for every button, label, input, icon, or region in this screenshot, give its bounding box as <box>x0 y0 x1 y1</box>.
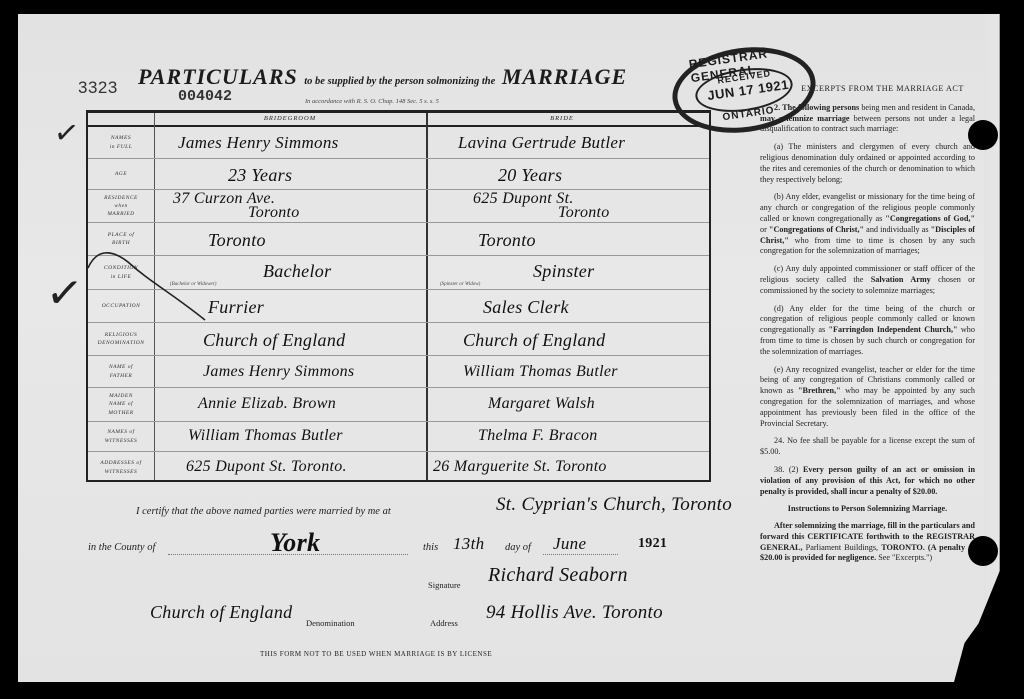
excerpt-text: and individually as <box>864 225 931 234</box>
day-value: 13th <box>453 534 484 554</box>
torn-corner <box>940 552 1010 682</box>
excerpt-bold: "Congregations of God," <box>885 214 975 223</box>
marriage-registration-form: 3323 PARTICULARS to be supplied by the p… <box>18 14 1010 682</box>
day-of-label: day of <box>505 542 531 553</box>
form-number: 004042 <box>178 88 232 105</box>
witness-1-address: 625 Dupont St. Toronto. <box>186 458 347 476</box>
title-marriage: MARRIAGE <box>502 64 627 89</box>
bride-father: William Thomas Butler <box>463 363 618 381</box>
form-title: PARTICULARS to be supplied by the person… <box>138 64 627 90</box>
excerpt-text: being men and resident in Canada, <box>859 103 975 112</box>
excerpt-text: who from time to time is chosen by any s… <box>760 236 975 256</box>
groom-condition-hint: (Bachelor or Widower) <box>170 282 216 287</box>
groom-denomination: Church of England <box>203 330 345 351</box>
signature-label: Signature <box>428 580 461 590</box>
excerpt-bold: "Congregations of Christ," <box>769 225 864 234</box>
this-label: this <box>423 542 438 553</box>
table-row-birthplace: PLACE of BIRTH Toronto Toronto <box>88 223 709 256</box>
excerpt-text: 38. (2) <box>774 465 803 474</box>
title-particulars: PARTICULARS <box>138 64 298 89</box>
row-label: CONDITION in LIFE <box>88 256 154 289</box>
table-row-residence: RESIDENCE when MARRIED 37 Curzon Ave. To… <box>88 190 709 223</box>
excerpt-bold: Salvation Army <box>871 275 931 284</box>
groom-residence-city: Toronto <box>248 204 300 222</box>
excerpt-section-38: 38. (2) Every person guilty of an act or… <box>760 465 975 497</box>
excerpt-c: (c) Any duly appointed commissioner or s… <box>760 264 975 296</box>
row-label: MAIDEN NAME of MOTHER <box>88 388 154 421</box>
particulars-table: BRIDEGROOM BRIDE NAMES in FULL James Hen… <box>86 110 711 482</box>
bride-birthplace: Toronto <box>478 230 536 251</box>
excerpt-text: See "Excerpts.") <box>876 553 932 562</box>
excerpt-b: (b) Any elder, evangelist or missionary … <box>760 192 975 257</box>
table-row-age: AGE 23 Years 20 Years <box>88 159 709 190</box>
row-label: ADDRESSES of WITNESSES <box>88 452 154 483</box>
officiant-address: 94 Hollis Ave. Toronto <box>486 602 663 624</box>
month-value: June <box>553 534 586 554</box>
officiant-denomination: Church of England <box>150 602 292 623</box>
serial-number: 3323 <box>78 78 118 98</box>
county-label: in the County of <box>88 542 155 553</box>
marriage-place: St. Cyprian's Church, Toronto <box>496 494 732 516</box>
excerpt-section-24: 24. No fee shall be payable for a licens… <box>760 436 975 458</box>
table-row-condition: CONDITION in LIFE Bachelor Spinster (Bac… <box>88 256 709 290</box>
table-row-denomination: RELIGIOUS DENOMINATION Church of England… <box>88 323 709 356</box>
title-middle: to be supplied by the person solmonizing… <box>304 76 495 87</box>
excerpt-section-2: 2. The following persons being men and r… <box>760 103 975 135</box>
groom-mother-maiden-name: Annie Elizab. Brown <box>198 395 336 413</box>
signature-value: Richard Seaborn <box>488 564 628 587</box>
license-notice: THIS FORM NOT TO BE USED WHEN MARRIAGE I… <box>260 650 492 658</box>
month-line <box>543 554 618 555</box>
witness-1-name: William Thomas Butler <box>188 427 343 445</box>
bride-condition-hint: (Spinster or Widow) <box>440 282 480 287</box>
groom-condition: Bachelor <box>263 261 331 282</box>
column-header-bridegroom: BRIDEGROOM <box>154 115 426 122</box>
punch-hole-top <box>968 120 998 150</box>
table-row-witnesses: NAMES of WITNESSES William Thomas Butler… <box>88 422 709 452</box>
witness-2-name: Thelma F. Bracon <box>478 427 598 445</box>
groom-father: James Henry Simmons <box>203 363 354 381</box>
statute-reference: In accordance with R. S. O. Chap. 148 Se… <box>305 98 439 105</box>
excerpt-bold: 2. The following persons <box>774 103 859 112</box>
year-value: 1921 <box>638 536 667 552</box>
groom-age: 23 Years <box>228 165 292 186</box>
excerpt-e: (e) Any recognized evangelist, teacher o… <box>760 365 975 430</box>
groom-occupation: Furrier <box>208 297 264 318</box>
bride-residence-city: Toronto <box>558 204 610 222</box>
excerpts-title: EXCERPTS FROM THE MARRIAGE ACT <box>790 84 975 95</box>
marriage-act-excerpts: EXCERPTS FROM THE MARRIAGE ACT 2. The fo… <box>760 84 975 571</box>
denomination-label: Denomination <box>306 618 355 628</box>
table-row-witness-addresses: ADDRESSES of WITNESSES 625 Dupont St. To… <box>88 452 709 483</box>
witness-2-address: 26 Marguerite St. Toronto <box>433 458 607 476</box>
row-label: OCCUPATION <box>88 290 154 322</box>
row-label: NAMES of WITNESSES <box>88 422 154 451</box>
instructions-text: After solemnizing the marriage, fill in … <box>760 521 975 564</box>
row-label: NAME of FATHER <box>88 356 154 387</box>
excerpt-text: Parliament Buildings, <box>803 543 882 552</box>
table-row-father: NAME of FATHER James Henry Simmons Willi… <box>88 356 709 388</box>
row-label: NAMES in FULL <box>88 127 154 158</box>
county-value: York <box>270 528 320 558</box>
bride-condition: Spinster <box>533 261 594 282</box>
row-label: RELIGIOUS DENOMINATION <box>88 323 154 355</box>
address-label: Address <box>430 618 458 628</box>
table-header: BRIDEGROOM BRIDE <box>88 113 709 127</box>
excerpt-bold: "Farringdon Independent Church," <box>828 325 957 334</box>
checkmark-large-icon: ✓ <box>43 266 85 321</box>
table-row-names: NAMES in FULL James Henry Simmons Lavina… <box>88 127 709 159</box>
table-row-occupation: OCCUPATION Furrier Sales Clerk <box>88 290 709 323</box>
bride-name: Lavina Gertrude Butler <box>458 133 625 153</box>
excerpt-bold: TORONTO. <box>881 543 925 552</box>
row-label: PLACE of BIRTH <box>88 223 154 255</box>
excerpt-text: or <box>760 225 769 234</box>
bride-mother-maiden-name: Margaret Walsh <box>488 395 595 413</box>
row-label: AGE <box>88 159 154 189</box>
table-row-mother: MAIDEN NAME of MOTHER Annie Elizab. Brow… <box>88 388 709 422</box>
groom-name: James Henry Simmons <box>178 133 339 153</box>
checkmark-icon: ✓ <box>52 114 82 152</box>
groom-birthplace: Toronto <box>208 230 266 251</box>
punch-hole-bottom <box>968 536 998 566</box>
excerpt-bold: "Brethren," <box>798 386 841 395</box>
excerpt-a: (a) The ministers and clergymen of every… <box>760 142 975 185</box>
certify-text: I certify that the above named parties w… <box>136 506 391 517</box>
bride-denomination: Church of England <box>463 330 605 351</box>
excerpt-d: (d) Any elder for the time being of the … <box>760 304 975 358</box>
row-label: RESIDENCE when MARRIED <box>88 190 154 222</box>
excerpt-bold: may solemnize marriage <box>760 114 850 123</box>
bride-occupation: Sales Clerk <box>483 297 569 318</box>
bride-age: 20 Years <box>498 165 562 186</box>
column-header-bride: BRIDE <box>426 115 698 122</box>
instructions-title: Instructions to Person Solemnizing Marri… <box>760 504 975 515</box>
